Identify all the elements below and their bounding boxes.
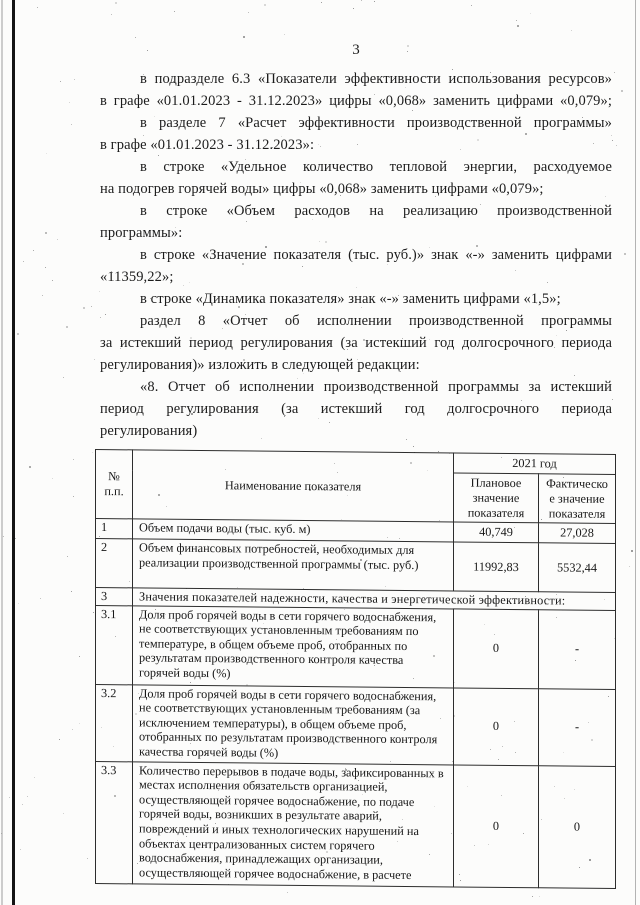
scan-edge-bar-left [12, 0, 15, 905]
cell-num: 1 [96, 519, 133, 539]
cell-num: 2 [96, 539, 133, 588]
cell-name: Количество перерывов в подаче воды, зафи… [133, 761, 454, 886]
document-body: в подразделе 6.3 «Показатели эффективнос… [100, 68, 612, 442]
body-line: период регулирования (за истекший год до… [100, 398, 612, 420]
body-line: в строке «Значение показателя (тыс. руб.… [100, 244, 612, 266]
report-table: № п.п. Наименование показателя 2021 год … [95, 449, 616, 889]
table-row: 2 Объем финансовых потребностей, необход… [96, 539, 616, 593]
table-row: 3.1 Доля проб горячей воды в сети горяче… [96, 605, 616, 689]
document-content: 3 в подразделе 6.3 «Показатели эффективн… [100, 42, 612, 884]
cell-num: 3 [96, 588, 133, 606]
cell-plan: 11992,83 [454, 542, 539, 592]
cell-fact: 27,028 [539, 523, 616, 544]
body-line: за истекший период регулирования (за ист… [100, 332, 612, 354]
body-line: в графе «01.01.2023 - 31.12.2023» цифры … [100, 90, 612, 112]
header-cell-num: № п.п. [96, 450, 133, 519]
cell-plan: 0 [454, 688, 539, 766]
scanned-document-page: 3 в подразделе 6.3 «Показатели эффективн… [0, 0, 640, 905]
cell-num: 3.1 [96, 605, 133, 684]
cell-name: Доля проб горячей воды в сети горячего в… [133, 605, 454, 687]
body-line: регулирования) [100, 420, 612, 442]
cell-plan: 0 [454, 609, 539, 689]
cell-fact: 0 [539, 765, 616, 888]
page-number: 3 [100, 42, 612, 62]
body-line: в строке «Объем расходов на реализацию п… [100, 200, 612, 222]
table-header-row: № п.п. Наименование показателя 2021 год [96, 450, 616, 475]
header-cell-name: Наименование показателя [133, 450, 454, 522]
scan-edge-line-left-outer [1, 0, 3, 905]
cell-plan: 40,749 [454, 522, 539, 543]
body-line: в графе «01.01.2023 - 31.12.2023»: [100, 134, 612, 156]
body-line: в строке «Динамика показателя» знак «-» … [100, 288, 612, 310]
cell-fact: - [539, 688, 616, 766]
cell-fact: - [539, 609, 616, 689]
header-cell-year: 2021 год [454, 453, 616, 475]
table-row: 3.3 Количество перерывов в подаче воды, … [96, 761, 616, 888]
cell-num: 3.3 [96, 761, 133, 883]
body-line: в подразделе 6.3 «Показатели эффективнос… [100, 68, 612, 90]
cell-num: 3.2 [96, 684, 133, 761]
header-cell-plan: Плановое значение показателя [454, 473, 539, 523]
body-line: «11359,22»; [100, 266, 612, 288]
header-cell-fact: Фактическо е значение показателя [539, 474, 616, 524]
body-line: «8. Отчет об исполнении производственной… [100, 376, 612, 398]
body-line: в разделе 7 «Расчет эффективности произв… [100, 112, 612, 134]
cell-name: Объем финансовых потребностей, необходим… [133, 539, 454, 591]
body-line: программы»: [100, 222, 612, 244]
cell-fact: 5532,44 [539, 543, 616, 593]
body-line: в строке «Удельное количество тепловой э… [100, 156, 612, 178]
cell-plan: 0 [454, 765, 539, 888]
body-line: на подогрев горячей воды» цифры «0,068» … [100, 178, 612, 200]
body-line: регулирования)» изложить в следующей ред… [100, 354, 612, 376]
cell-name: Доля проб горячей воды в сети горячего в… [133, 684, 454, 764]
table-row: 3.2 Доля проб горячей воды в сети горяче… [96, 684, 616, 766]
scan-edge-line-right [635, 0, 636, 905]
body-line: раздел 8 «Отчет об исполнении производст… [100, 310, 612, 332]
